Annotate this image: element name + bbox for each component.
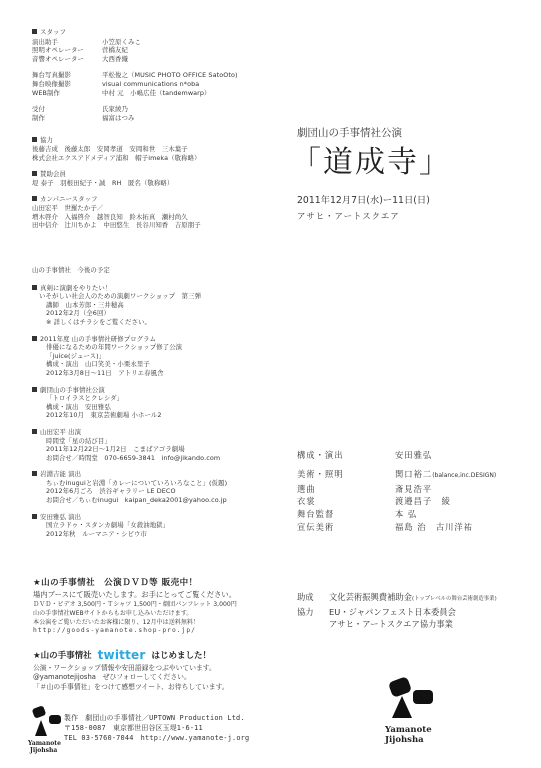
supporters-heading: 賛助会員 <box>32 170 272 179</box>
cooperation-section: 協力 後藤吉成 後藤太郎 安岡孝道 安岡和世 三木葉子 株式会社エクスアドメディ… <box>32 136 272 162</box>
schedule-item: 2011年度 山の手事情社研修プログラム 俳優になるための年間ワークショップ修了… <box>32 335 282 378</box>
credit-row: 構成・演出安田雅弘 <box>297 449 496 462</box>
troupe-name: 劇団山の手事情社公演 <box>297 125 451 140</box>
production-info: 製作 劇団山の手事情社／UPTOWN Production Ltd. 〒158-… <box>64 713 249 744</box>
support-row: 助成文化芸術振興費補助金(トップレベルの舞台芸術創造事業) <box>297 591 497 606</box>
schedule-section: 山の手事情社 今後の予定 真剣に演劇をやりたい！ いそがしい社会人のための演劇ワ… <box>32 266 282 546</box>
schedule-item: 真剣に演劇をやりたい！ いそがしい社会人のための演劇ワークショップ 第三弾 講師… <box>32 284 282 327</box>
square-bullet-icon <box>32 196 37 201</box>
schedule-item: 山田宏平 出演 時間堂「星の結び目」 2011年12月22日〜1月2日 こまばア… <box>32 428 282 462</box>
credits: 構成・演出安田雅弘 美術・照明関口裕二(balance,inc.DESIGN) … <box>297 449 496 534</box>
staff-row: 舞台写真撮影平松俊之（MUSIC PHOTO OFFICE SatoOto) <box>32 71 272 80</box>
staff-row: 受付氏家綾乃 <box>32 105 272 114</box>
square-bullet-icon <box>32 471 37 476</box>
credit-row: 宣伝美術福島 治 古川洋祐 <box>297 521 496 534</box>
company-staff-heading: カンパニースタッフ <box>32 195 272 204</box>
square-bullet-icon <box>32 171 37 176</box>
show-venue: アサヒ・アートスクエア <box>297 210 451 222</box>
staff-row: WEB制作中村 元 小嶋広佳（tandemwarp） <box>32 89 272 98</box>
yamanote-logo-icon <box>28 706 68 738</box>
show-info: 劇団山の手事情社公演 「道成寺」 2011年12月7日(水)ー11日(日) アサ… <box>297 125 451 222</box>
support-row: 協力EU・ジャパンフェスト日本委員会 <box>297 606 497 619</box>
schedule-item: 安田雅弘 演出 国立ラドゥ・スタンカ劇場「女殺油地獄」 2012年秋 ルーマニア… <box>32 513 282 539</box>
staff-row: 演出助手小笠原くみこ <box>32 38 272 47</box>
schedule-item: 岩淵吉能 演出 ちぃむinuguiと岩淵「カレーについていろいろなこと」(仮題)… <box>32 470 282 504</box>
staff-heading: スタッフ <box>32 28 272 37</box>
staff-row: 音響オペレーター大西香織 <box>32 55 272 64</box>
credit-row: 選曲斎見浩平 <box>297 483 496 496</box>
square-bullet-icon <box>32 429 37 434</box>
dvd-shop-link[interactable]: http://goods-yamanote.shop-pro.jp/ <box>33 627 283 634</box>
credit-row: 美術・照明関口裕二(balance,inc.DESIGN) <box>297 468 496 483</box>
yamanote-logo-icon <box>385 676 435 720</box>
dvd-section: ★山の手事情社 公演ＤＶＤ等 販売中！ 場内ブースにて販売いたします。お手にとっ… <box>33 576 283 634</box>
big-logo: Yamanote Jijohsha <box>385 676 445 756</box>
support-row: アサヒ・アートスクエア協力事業 <box>297 618 497 631</box>
small-logo: Yamanote Jijohsha <box>28 706 68 756</box>
twitter-logo-icon: twitter <box>98 648 146 662</box>
show-date: 2011年12月7日(水)ー11日(日) <box>297 192 451 206</box>
staff-section: スタッフ 演出助手小笠原くみこ 照明オペレーター菅橋友紀 音響オペレーター大西香… <box>32 28 272 238</box>
cooperation-heading: 協力 <box>32 136 272 145</box>
twitter-handle[interactable]: @yamanotejijosha ぜひフォローしてください。 <box>33 673 283 682</box>
twitter-heading: ★山の手事情社 twitter はじめました！ <box>33 648 283 662</box>
company-staff-section: カンパニースタッフ 山田宏平 世羅たか子／ 増木啓介 入福啓介 越智良知 鈴木拓… <box>32 195 272 229</box>
square-bullet-icon <box>32 514 37 519</box>
dvd-heading: ★山の手事情社 公演ＤＶＤ等 販売中！ <box>33 576 283 588</box>
credit-row: 衣裳渡邉昌子 綾 <box>297 495 496 508</box>
staff-row: 照明オペレーター菅橋友紀 <box>32 46 272 55</box>
staff-group-operators: 演出助手小笠原くみこ 照明オペレーター菅橋友紀 音響オペレーター大西香織 <box>32 38 272 64</box>
schedule-item: 劇団山の手事情社公演 「トロイラスとクレシダ」 構成・演出 安田雅弘 2012年… <box>32 386 282 420</box>
square-bullet-icon <box>32 336 37 341</box>
supporters-section: 賛助会員 堤 泰子 羽根田紀子・誠 RH 匿名（敬称略） <box>32 170 272 187</box>
show-title: 「道成寺」 <box>291 146 451 180</box>
staff-group-media: 舞台写真撮影平松俊之（MUSIC PHOTO OFFICE SatoOto) 舞… <box>32 71 272 97</box>
schedule-heading: 山の手事情社 今後の予定 <box>32 266 282 275</box>
staff-row: 制作福富はつみ <box>32 114 272 123</box>
credit-row: 舞台監督本 弘 <box>297 508 496 521</box>
square-bullet-icon <box>32 285 37 290</box>
square-bullet-icon <box>32 29 37 34</box>
square-bullet-icon <box>32 387 37 392</box>
staff-row: 舞台映像撮影visual communications n*oba <box>32 80 272 89</box>
twitter-section: ★山の手事情社 twitter はじめました！ 公演・ワークショップ情報や安田語… <box>33 648 283 692</box>
square-bullet-icon <box>32 137 37 142</box>
support-info: 助成文化芸術振興費補助金(トップレベルの舞台芸術創造事業) 協力EU・ジャパンフ… <box>297 591 497 631</box>
staff-group-office: 受付氏家綾乃 制作福富はつみ <box>32 105 272 122</box>
website-link[interactable]: TEL 03-5760-7044 http://www.yamanote-j.o… <box>64 733 249 743</box>
